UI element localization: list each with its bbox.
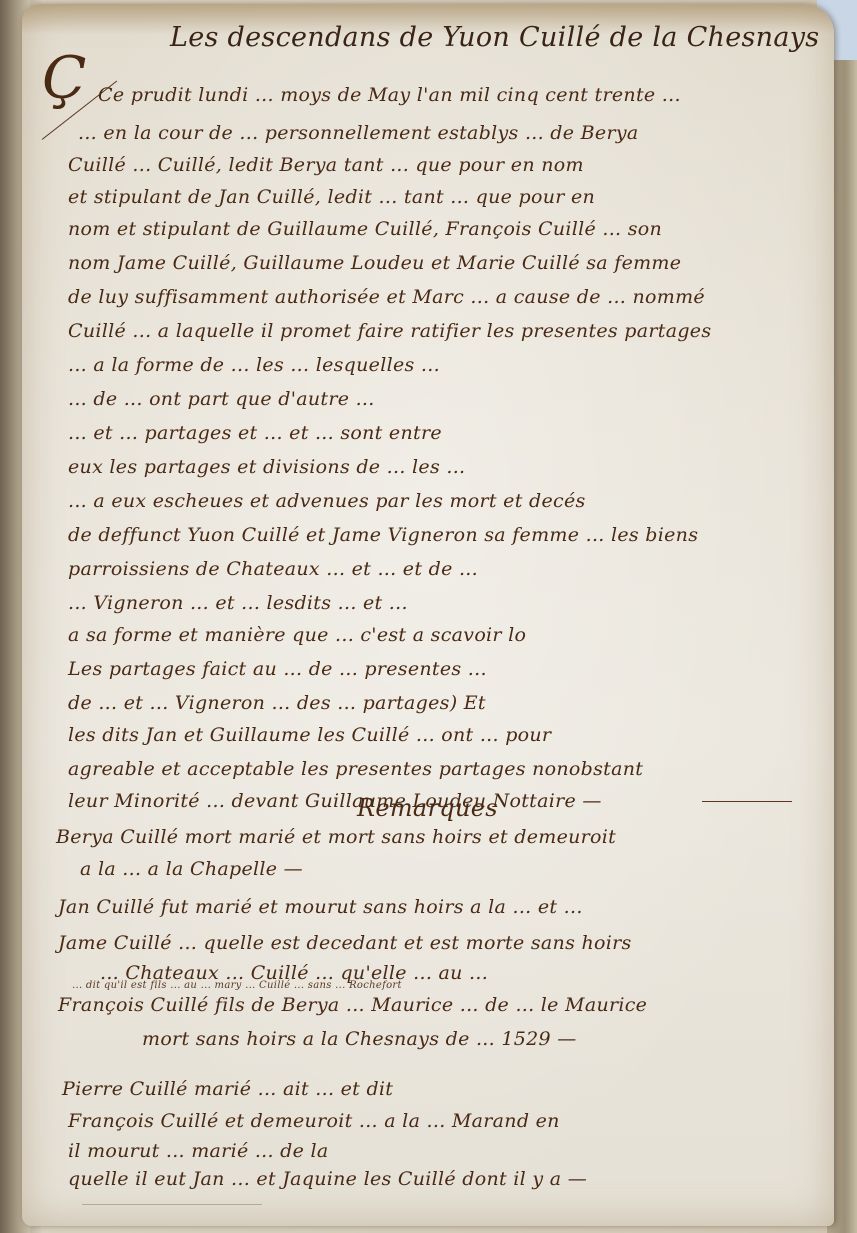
body-line: ... a eux escheues et advenues par les m…: [68, 490, 586, 512]
faint-rule: [82, 1204, 262, 1205]
body-line: ... et ... partages et ... et ... sont e…: [68, 422, 442, 444]
body-line: ... en la cour de ... personnellement es…: [78, 122, 639, 144]
closing-dash: [702, 801, 792, 802]
remarks-line: mort sans hoirs a la Chesnays de ... 152…: [142, 1028, 577, 1050]
marginal-note: ... dit qu'il est fils ... au ... mary .…: [72, 980, 402, 991]
body-line: de deffunct Yuon Cuillé et Jame Vigneron…: [68, 524, 698, 546]
remarks-line: Berya Cuillé mort marié et mort sans hoi…: [56, 826, 616, 848]
body-line: Cuillé ... Cuillé, ledit Berya tant ... …: [68, 154, 584, 176]
body-line: nom et stipulant de Guillaume Cuillé, Fr…: [68, 218, 662, 240]
body-line: nom Jame Cuillé, Guillaume Loudeu et Mar…: [68, 252, 681, 274]
body-line: Ce prudit lundi ... moys de May l'an mil…: [98, 84, 681, 106]
body-line: a sa forme et manière que ... c'est a sc…: [68, 624, 526, 646]
body-line: ... Vigneron ... et ... lesdits ... et .…: [68, 592, 408, 614]
body-line: parroissiens de Chateaux ... et ... et d…: [68, 558, 478, 580]
remarks-line: quelle il eut Jan ... et Jaquine les Cui…: [68, 1168, 587, 1190]
body-line: Cuillé ... a laquelle il promet faire ra…: [68, 320, 711, 342]
remarks-line: Pierre Cuillé marié ... ait ... et dit: [62, 1078, 393, 1100]
body-line: ... de ... ont part que d'autre ...: [68, 388, 375, 410]
body-line: eux les partages et divisions de ... les…: [68, 456, 465, 478]
remarks-line: François Cuillé et demeuroit ... a la ..…: [68, 1110, 560, 1132]
remarks-line: François Cuillé fils de Berya ... Mauric…: [58, 994, 647, 1016]
body-line: leur Minorité ... devant Guillaume Loude…: [68, 790, 602, 812]
body-line: de luy suffisamment authorisée et Marc .…: [68, 286, 705, 308]
remarks-line: Jame Cuillé ... quelle est decedant et e…: [58, 932, 632, 954]
remarks-heading: Remarques: [357, 794, 498, 822]
body-line: ... a la forme de ... les ... lesquelles…: [68, 354, 440, 376]
document-title: Les descendans de Yuon Cuillé de la Ches…: [170, 22, 819, 53]
body-line: Les partages faict au ... de ... present…: [68, 658, 487, 680]
body-line: agreable et acceptable les presentes par…: [68, 758, 643, 780]
remarks-line: Jan Cuillé fut marié et mourut sans hoir…: [58, 896, 583, 918]
decorative-initial: Ç: [42, 44, 86, 112]
body-line: de ... et ... Vigneron ... des ... parta…: [68, 692, 486, 714]
remarks-line: a la ... a la Chapelle —: [80, 858, 303, 880]
remarks-line: il mourut ... marié ... de la: [68, 1140, 329, 1162]
body-line: et stipulant de Jan Cuillé, ledit ... ta…: [68, 186, 595, 208]
body-line: les dits Jan et Guillaume les Cuillé ...…: [68, 724, 551, 746]
manuscript-page: Les descendans de Yuon Cuillé de la Ches…: [22, 4, 834, 1226]
